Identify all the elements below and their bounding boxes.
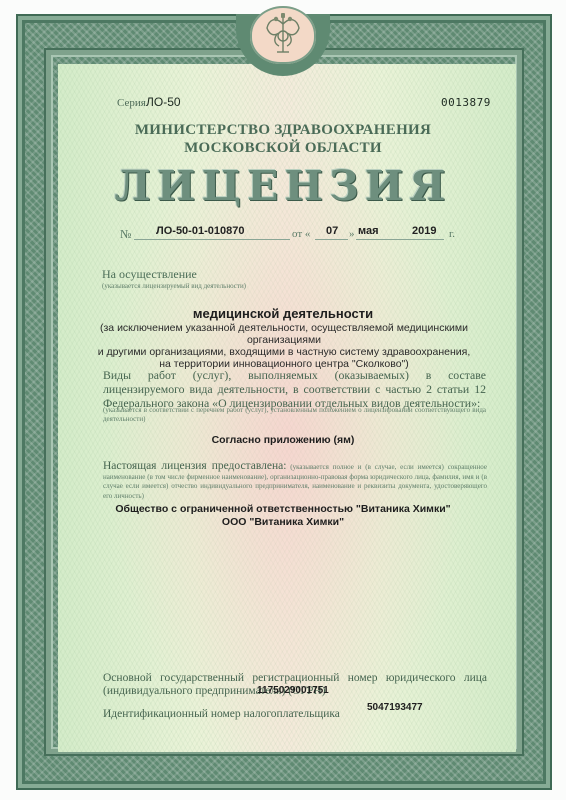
license-number-underline bbox=[134, 239, 290, 240]
licensee-label: Настоящая лицензия предоставлена: bbox=[103, 460, 286, 472]
works-hint: (указывается в соответствии с перечнем р… bbox=[103, 406, 486, 424]
serial-number: 0013879 bbox=[441, 96, 491, 109]
license-number-value: ЛО-50-01-010870 bbox=[156, 225, 244, 237]
date-quote-close: » bbox=[349, 228, 355, 240]
series-value: ЛО-50 bbox=[146, 95, 181, 109]
activity-note-line-2: и другими организациями, входящими в час… bbox=[76, 346, 492, 358]
inn-label: Идентификационный номер налогоплательщик… bbox=[103, 708, 340, 720]
emblem bbox=[250, 6, 316, 64]
activity-note: (за исключением указанной деятельности, … bbox=[76, 322, 492, 370]
ogrn-value: 1175029001751 bbox=[257, 685, 329, 696]
licensee-full-name: Общество с ограниченной ответственностью… bbox=[0, 503, 566, 515]
works-text: Виды работ (услуг), выполняемых (оказыва… bbox=[103, 368, 486, 410]
licensee-block: Настоящая лицензия предоставлена: (указы… bbox=[103, 462, 487, 501]
licensee-short-name: ООО "Витаника Химки" bbox=[0, 516, 566, 528]
license-number-label: № bbox=[120, 227, 131, 242]
date-year-value: 2019 bbox=[412, 225, 436, 237]
ministry-line-2: МОСКОВСКОЙ ОБЛАСТИ bbox=[0, 140, 566, 157]
activity-main: медицинской деятельности bbox=[0, 306, 566, 321]
series-label: Серия bbox=[117, 97, 146, 109]
russian-coat-of-arms-icon bbox=[263, 12, 303, 58]
date-from-label: от « bbox=[292, 228, 310, 240]
date-day-underline bbox=[315, 239, 348, 240]
page-title: ЛИЦЕНЗИЯ bbox=[0, 162, 566, 210]
date-month-underline bbox=[356, 239, 444, 240]
activity-note-line-1: (за исключением указанной деятельности, … bbox=[76, 322, 492, 346]
date-year-suffix: г. bbox=[449, 228, 455, 240]
date-month-value: мая bbox=[358, 225, 379, 237]
ministry-line-1: МИНИСТЕРСТВО ЗДРАВООХРАНЕНИЯ bbox=[0, 122, 566, 139]
works-value: Согласно приложению (ям) bbox=[0, 434, 566, 446]
inn-value: 5047193477 bbox=[367, 702, 423, 713]
activity-hint: (указывается лицензируемый вид деятельно… bbox=[102, 282, 246, 290]
date-day-value: 07 bbox=[326, 225, 338, 237]
activity-label: На осуществление bbox=[102, 267, 197, 282]
